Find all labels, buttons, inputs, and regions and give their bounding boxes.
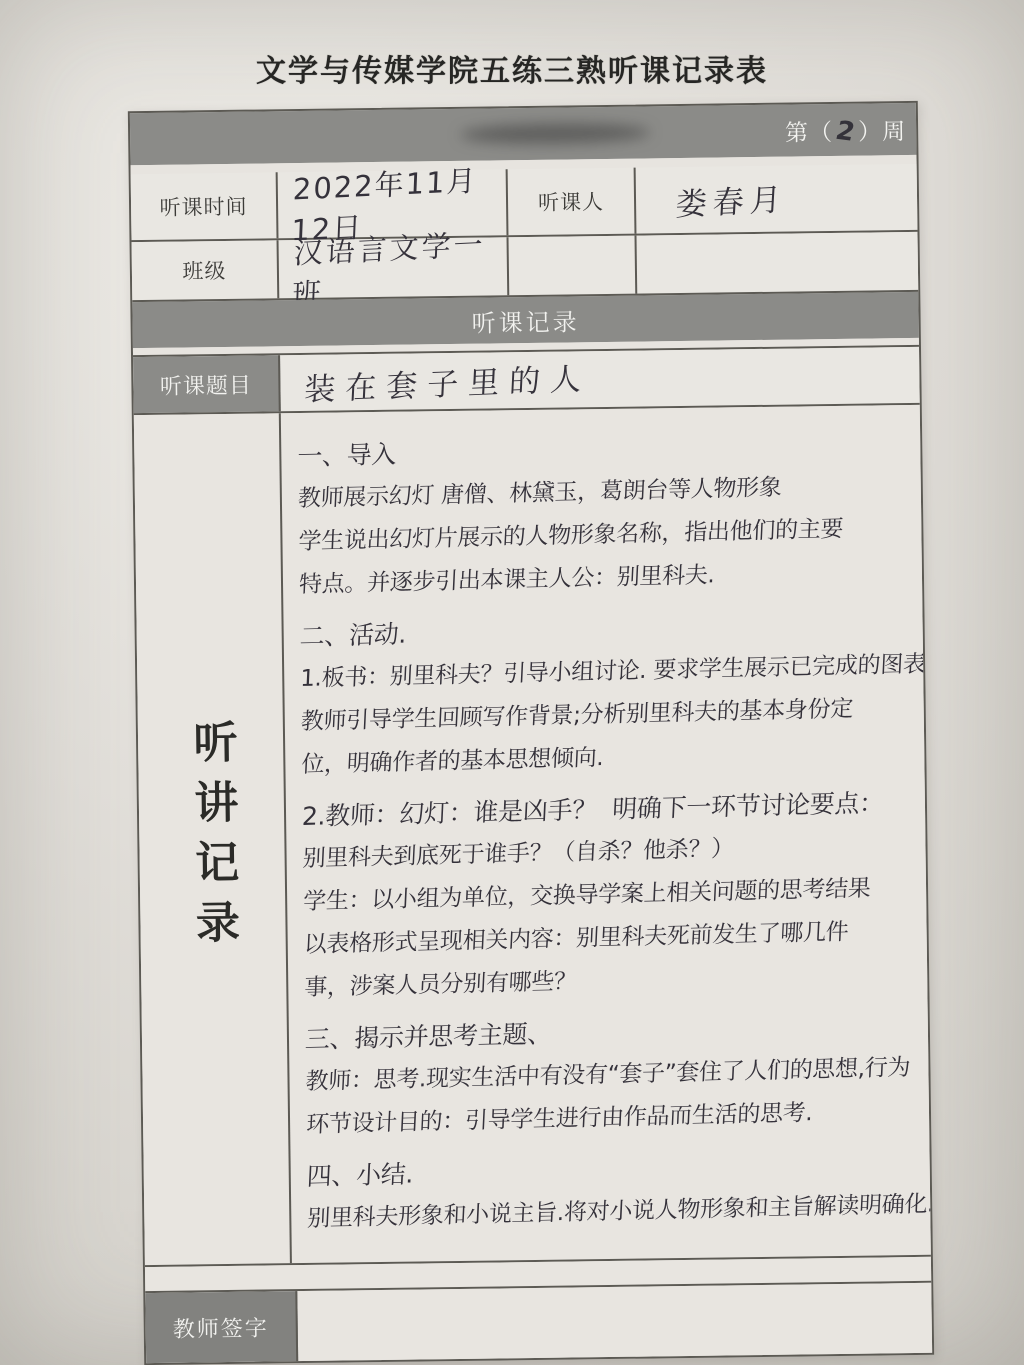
record-form-table: 第（2）周 听课时间 2022年11月12日 听课人 娄春月 班级 汉语言文学一… bbox=[128, 101, 934, 1365]
page-title: 文学与传媒学院五练三熟听课记录表 bbox=[0, 46, 1024, 90]
lecture-notes: 一、导入教师展示幻灯 唐僧、林黛玉，葛朗台等人物形象学生说出幻灯片展示的人物形象… bbox=[281, 405, 931, 1263]
week-prefix: 第（ bbox=[785, 118, 833, 145]
listener-value-handwritten: 娄春月 bbox=[635, 173, 788, 225]
empty-cell bbox=[636, 232, 918, 294]
notes-row: 听讲记录 一、导入教师展示幻灯 唐僧、林黛玉，葛朗台等人物形象学生说出幻灯片展示… bbox=[134, 405, 931, 1267]
notes-vertical-label: 听讲记录 bbox=[188, 719, 235, 960]
class-label: 班级 bbox=[132, 240, 280, 300]
signature-row: 教师签字 bbox=[145, 1283, 932, 1363]
signature-label: 教师签字 bbox=[145, 1291, 298, 1363]
info-row-class: 班级 汉语言文学一班 bbox=[132, 232, 919, 302]
week-suffix: ）周 bbox=[858, 118, 906, 145]
topic-label: 听课题目 bbox=[133, 355, 281, 413]
info-row-time: 听课时间 2022年11月12日 听课人 娄春月 bbox=[131, 164, 918, 242]
listener-label: 听课人 bbox=[508, 168, 637, 236]
empty-cell bbox=[509, 236, 638, 296]
photographed-form-page: 文学与传媒学院五练三熟听课记录表 第（2）周 听课时间 2022年11月12日 … bbox=[0, 0, 1024, 1365]
notes-label-cell: 听讲记录 bbox=[134, 413, 292, 1265]
time-label: 听课时间 bbox=[131, 172, 279, 240]
week-value-handwritten: 2 bbox=[830, 115, 862, 148]
topic-value-handwritten: 装在套子里的人 bbox=[279, 353, 592, 410]
signature-empty-field bbox=[297, 1283, 932, 1361]
topic-row: 听课题目 装在套子里的人 bbox=[133, 347, 920, 415]
erased-smudge-mark bbox=[460, 122, 650, 144]
week-label: 第（2）周 bbox=[785, 113, 907, 148]
